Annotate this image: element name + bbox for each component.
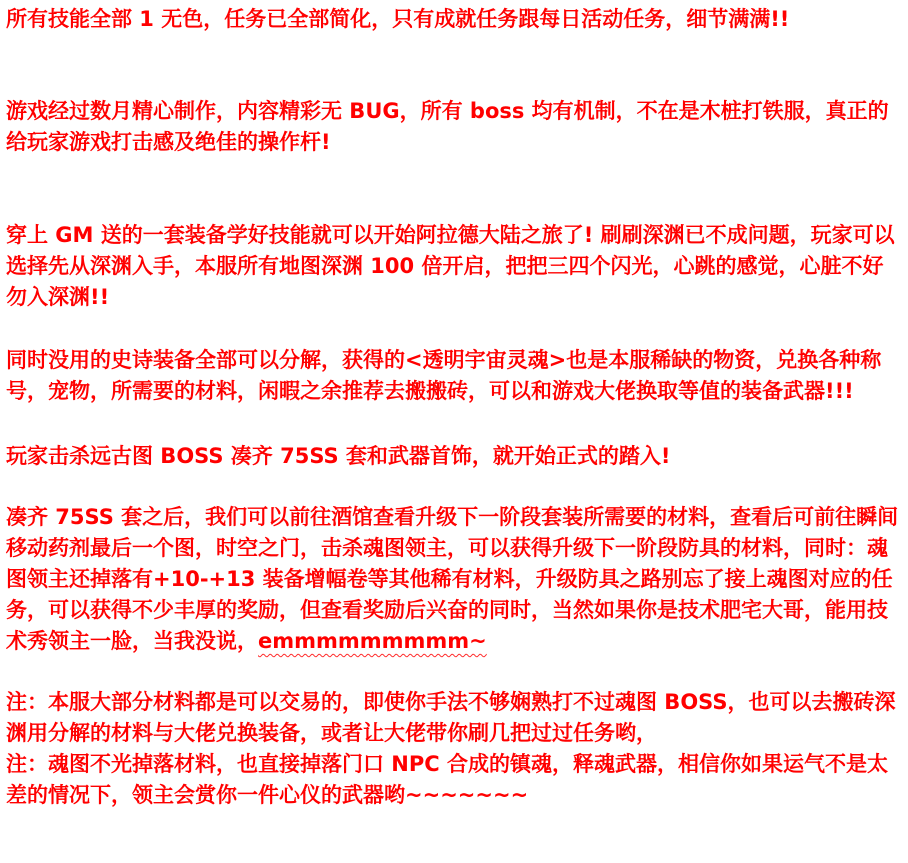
- paragraph-upgrade-guide: 凑齐 75SS 套之后，我们可以前往酒馆查看升级下一阶段套装所需要的材料，查看后…: [6, 502, 900, 657]
- paragraph-note-drops: 注：魂图不光掉落材料，也直接掉落门口 NPC 合成的镇魂，释魂武器，相信你如果运…: [6, 749, 900, 811]
- paragraph-abyss-intro: 穿上 GM 送的一套装备学好技能就可以开始阿拉德大陆之旅了! 刷刷深渊已不成问题…: [6, 220, 900, 313]
- paragraph-note-trading: 注：本服大部分材料都是可以交易的，即使你手法不够娴熟打不过魂图 BOSS，也可以…: [6, 687, 900, 749]
- paragraph-skills-intro: 所有技能全部 1 无色，任务已全部简化，只有成就任务跟每日活动任务，细节满满!!: [6, 4, 900, 35]
- paragraph-epic-decompose: 同时没用的史诗装备全部可以分解，获得的<透明宇宙灵魂>也是本服稀缺的物资，兑换各…: [6, 345, 900, 407]
- misspelled-word-emm: emmmmmmmmm~: [258, 629, 487, 653]
- document-page: 所有技能全部 1 无色，任务已全部简化，只有成就任务跟每日活动任务，细节满满!!…: [0, 0, 908, 863]
- paragraph-boss-75ss: 玩家击杀远古图 BOSS 凑齐 75SS 套和武器首饰，就开始正式的踏入!: [6, 441, 900, 472]
- paragraph-game-quality: 游戏经过数月精心制作，内容精彩无 BUG，所有 boss 均有机制，不在是木桩打…: [6, 96, 900, 158]
